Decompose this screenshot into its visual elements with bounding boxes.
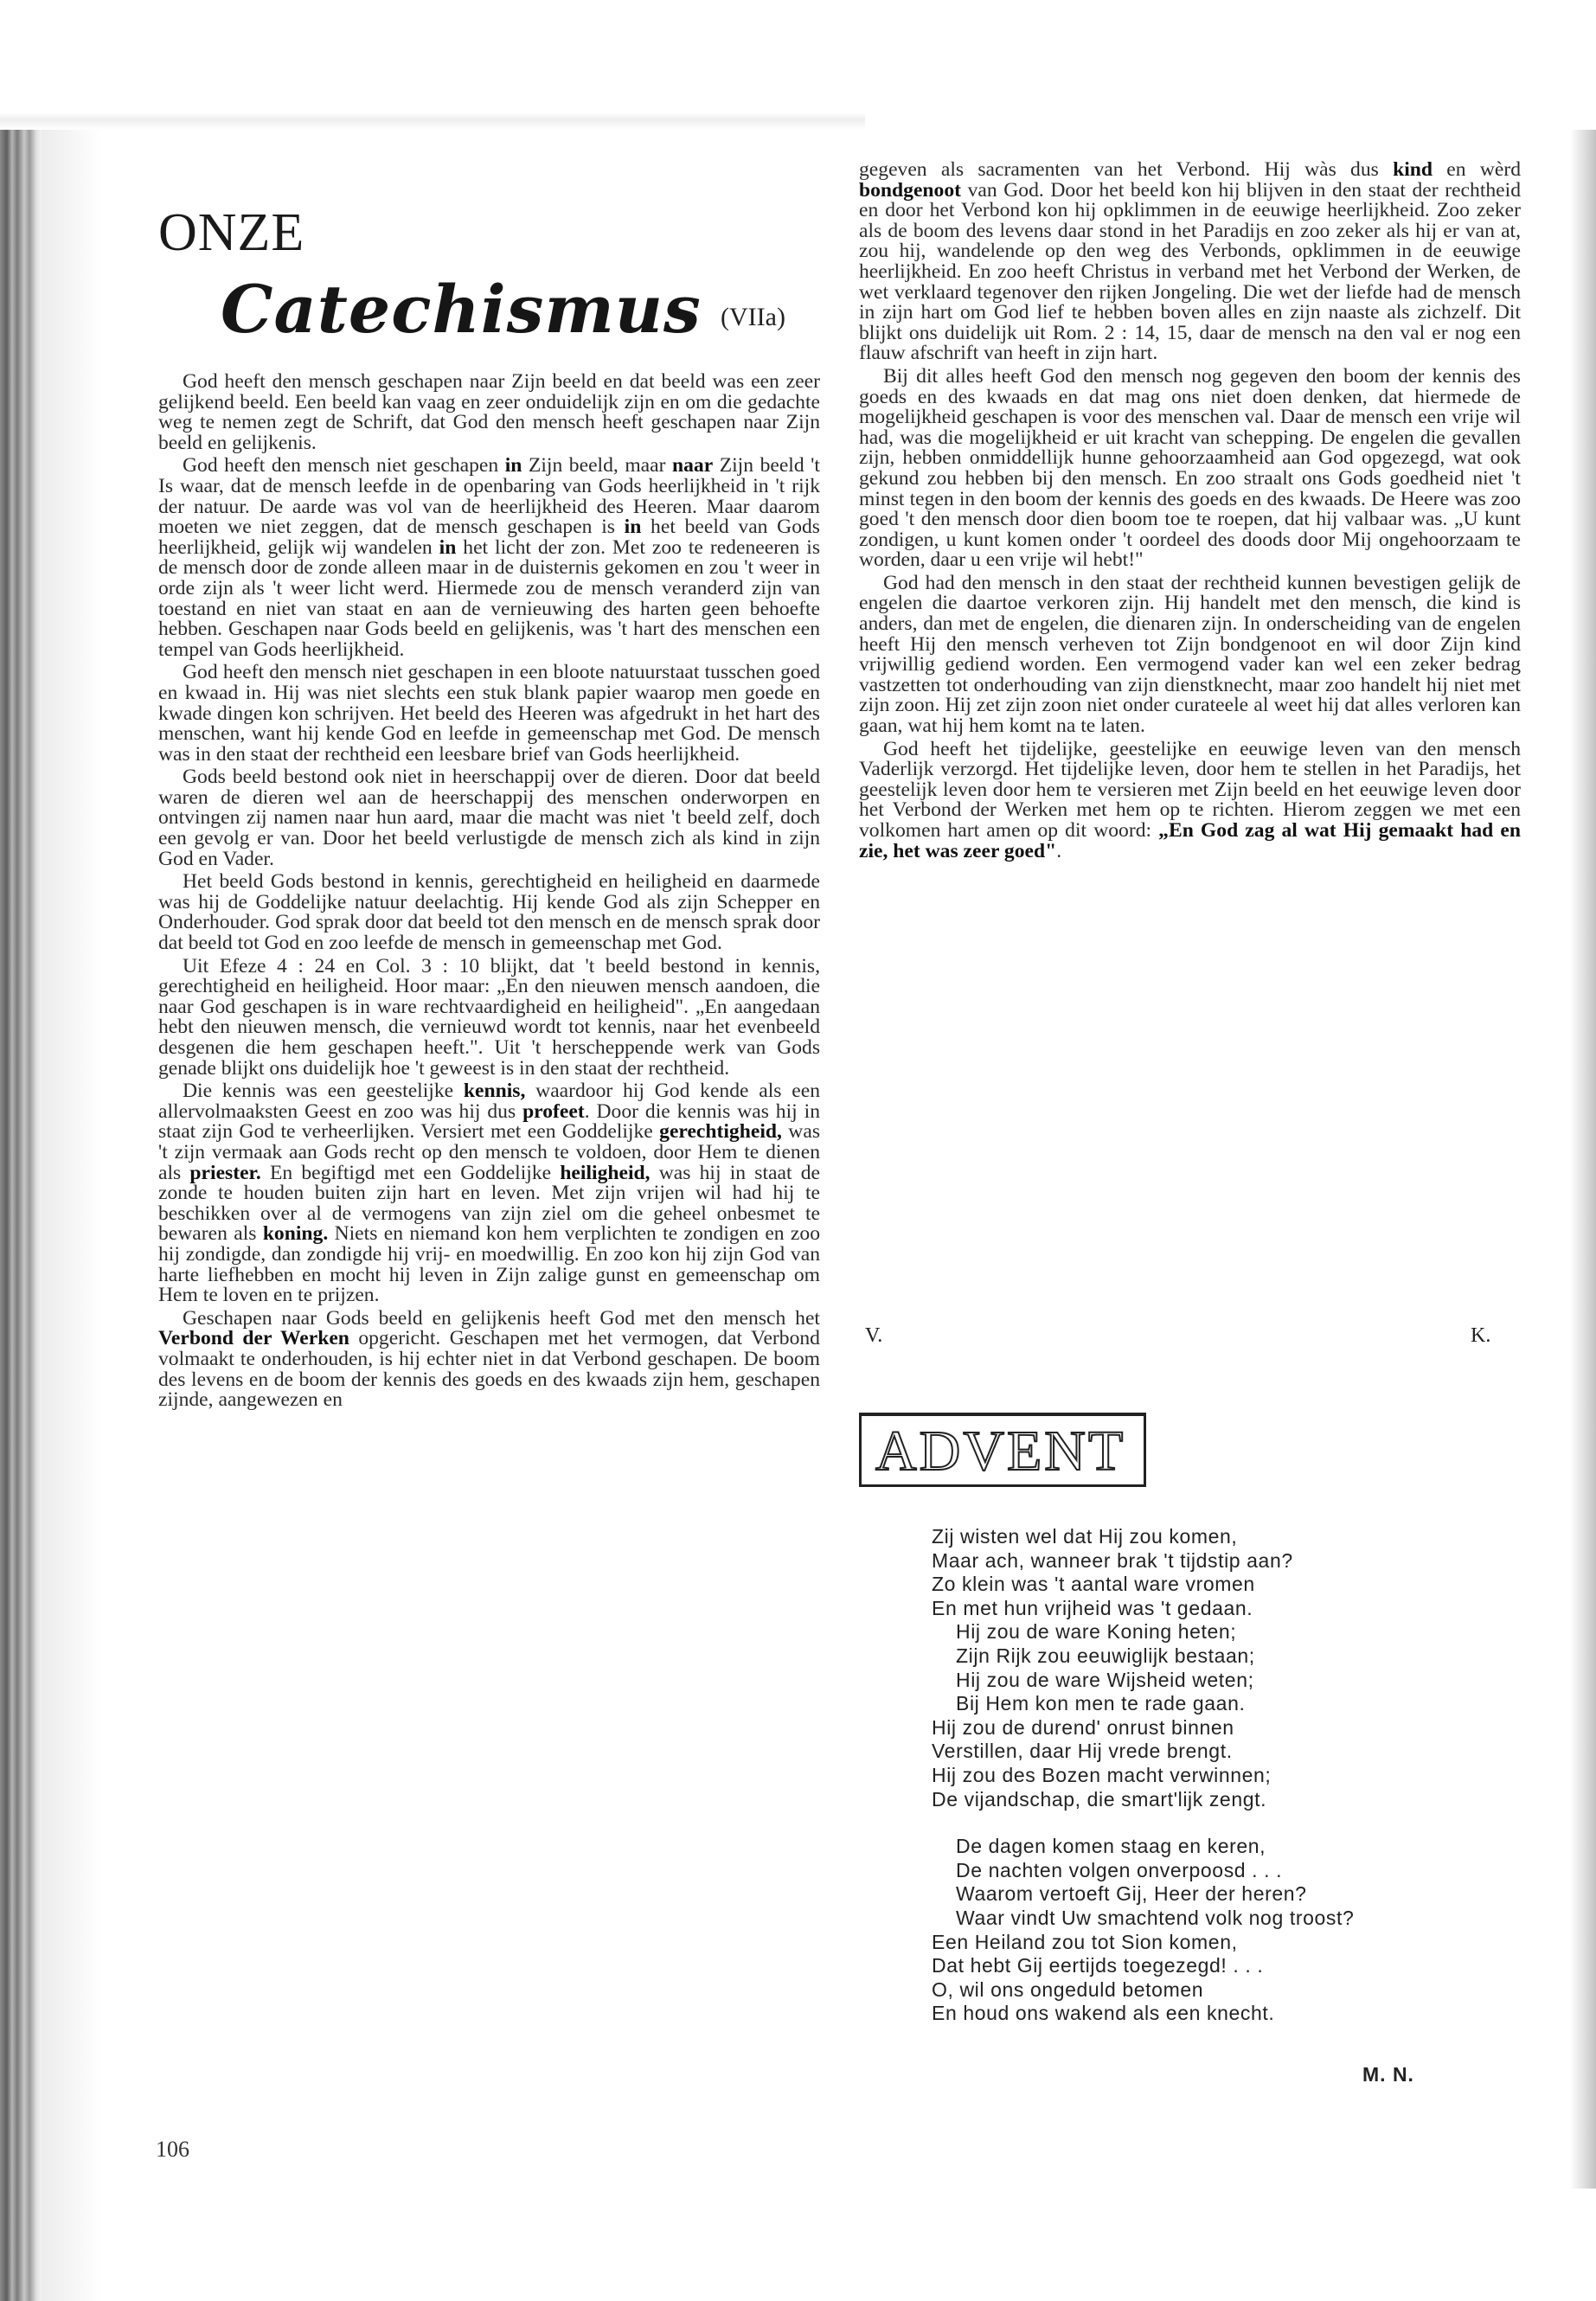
emphasis-text: naar xyxy=(672,454,713,477)
poem-line: Zij wisten wel dat Hij zou komen, xyxy=(932,1525,1468,1549)
emphasis-text: in xyxy=(439,536,457,559)
article-paragraph: God heeft het tijdelijke, geestelijke en… xyxy=(859,740,1521,862)
article-paragraph: Het beeld Gods bestond in kennis, gerech… xyxy=(158,872,820,953)
page-right-edge xyxy=(1570,130,1596,2189)
poem-line: Bij Hem kon men te rade gaan. xyxy=(932,1692,1468,1716)
article-paragraph: Bij dit alles heeft God den mensch nog g… xyxy=(859,367,1521,571)
poem-line: Hij zou de durend' onrust binnen xyxy=(932,1716,1468,1740)
poem-body: Zij wisten wel dat Hij zou komen,Maar ac… xyxy=(932,1525,1468,2026)
poem-line: Waarom vertoeft Gij, Heer der heren? xyxy=(932,1882,1468,1907)
poem-line: O, wil ons ongeduld betomen xyxy=(932,1978,1468,2003)
article-paragraph: Geschapen naar Gods beeld en gelijkenis … xyxy=(158,1309,820,1411)
page-binding-edge xyxy=(0,119,42,2301)
poem-line: Dat hebt Gij eertijds toegezegd! . . . xyxy=(932,1954,1468,1978)
poem-line: Zo klein was 't aantal ware vromen xyxy=(932,1573,1468,1597)
emphasis-text: in xyxy=(625,516,642,538)
article-paragraph: gegeven als sacramenten van het Verbond.… xyxy=(859,160,1521,364)
poem-line: De nachten volgen onverpoosd . . . xyxy=(932,1859,1468,1883)
stanza-gap xyxy=(932,1811,1468,1835)
emphasis-text: kind xyxy=(1393,158,1433,181)
poem-line: Zijn Rijk zou eeuwiglijk bestaan; xyxy=(932,1644,1468,1669)
page-top-shadow xyxy=(0,112,865,130)
emphasis-text: profeet xyxy=(522,1100,585,1123)
article-title-onze: ONZE xyxy=(158,206,304,260)
article-signature-right: K. xyxy=(1471,1325,1490,1346)
article-column-right: gegeven als sacramenten van het Verbond.… xyxy=(859,160,1521,864)
emphasis-text: Verbond der Werken xyxy=(158,1327,349,1349)
poem-line: De dagen komen staag en keren, xyxy=(932,1835,1468,1859)
emphasis-text: in xyxy=(505,454,522,477)
article-paragraph: God heeft den mensch niet geschapen in e… xyxy=(158,663,820,765)
article-part-number: (VIIa) xyxy=(721,304,785,330)
emphasis-text: priester. xyxy=(189,1162,260,1184)
article-signature-left: V. xyxy=(865,1325,882,1346)
poem-line: Hij zou de ware Koning heten; xyxy=(932,1620,1468,1644)
emphasis-text: gerechtigheid, xyxy=(659,1120,782,1143)
poem-line: Verstillen, daar Hij vrede brengt. xyxy=(932,1740,1468,1764)
poem-line: Hij zou de ware Wijsheid weten; xyxy=(932,1669,1468,1693)
emphasis-text: koning. xyxy=(263,1222,328,1245)
poem-signature: M. N. xyxy=(1362,2063,1414,2086)
article-paragraph: Uit Efeze 4 : 24 en Col. 3 : 10 blijkt, … xyxy=(158,957,820,1080)
emphasis-text: bondgenoot xyxy=(859,179,961,202)
page-gutter-shadow xyxy=(42,119,102,2301)
article-paragraph: God had den mensch in den staat der rech… xyxy=(859,574,1521,737)
poem-title-box: ADVENT xyxy=(859,1413,1146,1487)
article-title-catechismus: Catechismus xyxy=(221,275,702,344)
poem-line: Waar vindt Uw smachtend volk nog troost? xyxy=(932,1907,1468,1931)
article-column-left: God heeft den mensch geschapen naar Zijn… xyxy=(158,372,820,1413)
article-paragraph: Gods beeld bestond ook niet in heerschap… xyxy=(158,767,820,869)
article-paragraph: God heeft den mensch niet geschapen in Z… xyxy=(158,456,820,660)
article-paragraph: God heeft den mensch geschapen naar Zijn… xyxy=(158,372,820,453)
poem-line: Hij zou des Bozen macht verwinnen; xyxy=(932,1764,1468,1788)
article-paragraph: Die kennis was een geestelijke kennis, w… xyxy=(158,1081,820,1306)
poem-line: En houd ons wakend als een knecht. xyxy=(932,2002,1468,2026)
poem-line: En met hun vrijheid was 't gedaan. xyxy=(932,1597,1468,1621)
emphasis-text: kennis, xyxy=(464,1080,525,1102)
page-number: 106 xyxy=(156,2137,189,2163)
poem-line: De vijandschap, die smart'lijk zengt. xyxy=(932,1788,1468,1812)
poem-title: ADVENT xyxy=(875,1423,1125,1480)
poem-line: Maar ach, wanneer brak 't tijdstip aan? xyxy=(932,1549,1468,1574)
emphasis-text: heiligheid, xyxy=(560,1162,650,1184)
poem-line: Een Heiland zou tot Sion komen, xyxy=(932,1931,1468,1955)
emphasis-text: „En God zag al wat Hij gemaakt had en zi… xyxy=(859,819,1521,862)
